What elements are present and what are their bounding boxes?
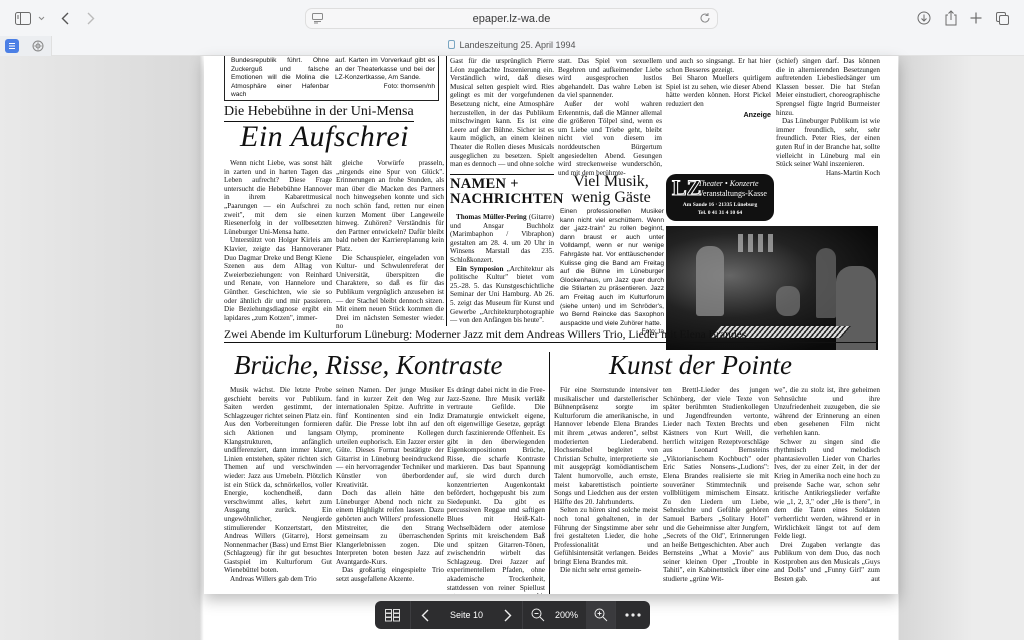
top-right-col1: und auch so singsangt. Er hat hier schon… (666, 57, 771, 119)
article2-headline: Brüche, Risse, Kontraste (234, 350, 502, 381)
new-tab-button[interactable] (968, 10, 984, 26)
active-tab[interactable]: Landeszeitung 25. April 1994 (0, 40, 1024, 50)
zoom-out-group: 200% (523, 601, 586, 629)
author-initials: hjr (537, 592, 545, 594)
newspaper-page[interactable]: Bundesrepublik führt. Ohne Zuckerguß und… (204, 56, 898, 594)
top-right-col2: (schief) singen darf. Das können die in … (776, 57, 880, 177)
top-middle-col2: statt. Das Spiel von sexuellem Begehren … (558, 57, 662, 177)
photo-credit: Foto: thomsen/nh (384, 83, 435, 92)
article3-col3: we", die zu stolz ist, ihre geheimen Seh… (774, 386, 880, 584)
more-icon (625, 613, 641, 617)
page-label: Seite 10 (450, 610, 483, 620)
tab-overview-icon (996, 12, 1009, 25)
page-icon (312, 13, 323, 24)
download-icon (917, 11, 931, 25)
zoom-level: 200% (555, 610, 578, 620)
article2-col3: Es drängt dabei nicht in die Free-Jazz-S… (447, 386, 545, 594)
jazz-headline: Viel Musik, wenig Gäste (558, 174, 664, 206)
browser-toolbar: epaper.lz-wa.de (0, 0, 1024, 36)
chandelier (738, 234, 778, 252)
column-rule (446, 56, 447, 326)
article3-col2: ten Brettl-Lieder des jungen Schönberg, … (663, 386, 769, 584)
author-name: Hans-Martin Koch (776, 169, 880, 178)
author-initials: aut (865, 575, 880, 584)
next-page-icon[interactable] (504, 609, 512, 622)
viewer-control-bar: Seite 10 200% (375, 601, 650, 629)
article-divider (549, 352, 550, 594)
article1-col2: gleiche Vorwürfe prasseln, „nirgends ein… (336, 159, 444, 331)
top-boxed-article: Bundesrepublik führt. Ohne Zuckerguß und… (224, 56, 439, 101)
reload-icon[interactable] (699, 12, 711, 24)
chevron-right-icon (87, 12, 95, 25)
zoom-in-icon (594, 608, 608, 622)
share-button[interactable] (943, 9, 959, 27)
back-button[interactable] (58, 10, 72, 26)
section-banner: Zwei Abende im Kulturforum Lüneburg: Mod… (224, 329, 878, 343)
top-box-right-text: auf. Karten im Vorverkauf gibt es an der… (335, 57, 435, 91)
chevron-left-icon (61, 12, 69, 25)
sidebar-icon (15, 12, 31, 25)
sidebar-toggle-button[interactable] (14, 10, 32, 26)
favicon-icon (448, 40, 455, 49)
ad-label: Anzeige (666, 111, 771, 120)
tab-overview-button[interactable] (994, 10, 1010, 26)
prev-page-icon[interactable] (421, 609, 429, 622)
news-items: Thomas Müller-Pering (Gitarre) und Ansga… (450, 213, 554, 325)
forward-button[interactable] (84, 10, 98, 26)
jazz-text: Einen professionellen Musiker kann nicht… (560, 208, 664, 337)
article3-col1: Für eine Sternstunde intensiver musikali… (554, 386, 658, 575)
sidebar-menu-chevron[interactable] (36, 12, 46, 24)
downloads-button[interactable] (916, 10, 932, 26)
zoom-out-icon[interactable] (531, 608, 545, 622)
tab-bar: Landeszeitung 25. April 1994 (0, 36, 1024, 56)
plus-icon (970, 12, 982, 24)
guitarist-figure (816, 248, 836, 318)
article3-headline: Kunst der Pointe (609, 350, 792, 381)
page-navigation: Seite 10 (411, 601, 523, 629)
drummer-figure (776, 286, 800, 316)
saxophonist-figure (696, 246, 724, 316)
chevron-down-icon (38, 16, 45, 21)
article1-col1: Wenn nicht Liebe, was sonst hält in zart… (224, 159, 332, 322)
zoom-in-button[interactable] (586, 601, 616, 629)
article2-col1: Musik wächst. Die letzte Probe geschieht… (224, 386, 332, 584)
article1-headline: Ein Aufschrei (240, 120, 409, 154)
thumbnails-button[interactable] (375, 601, 411, 629)
article2-col2: seinen Namen. Der junge Musiker fand in … (336, 386, 444, 584)
more-options-button[interactable] (616, 601, 650, 629)
tab-title: Landeszeitung 25. April 1994 (459, 40, 575, 50)
url-text: epaper.lz-wa.de (473, 13, 551, 25)
news-headline: NAMEN + NACHRICHTEN (450, 177, 564, 207)
share-icon (945, 10, 957, 26)
lz-ticket-ad[interactable]: LZ Theater • Konzerte Veranstaltungs-Kas… (666, 174, 774, 221)
top-middle-col1: Gast für die ursprünglich Pierre Léon zu… (450, 57, 554, 169)
news-rule (450, 174, 554, 175)
lz-logo: LZ (672, 177, 701, 199)
address-bar[interactable]: epaper.lz-wa.de (305, 8, 718, 29)
thumbnail-grid-icon (385, 609, 400, 622)
top-box-left-text: Bundesrepublik führt. Ohne Zuckerguß und… (231, 57, 329, 100)
